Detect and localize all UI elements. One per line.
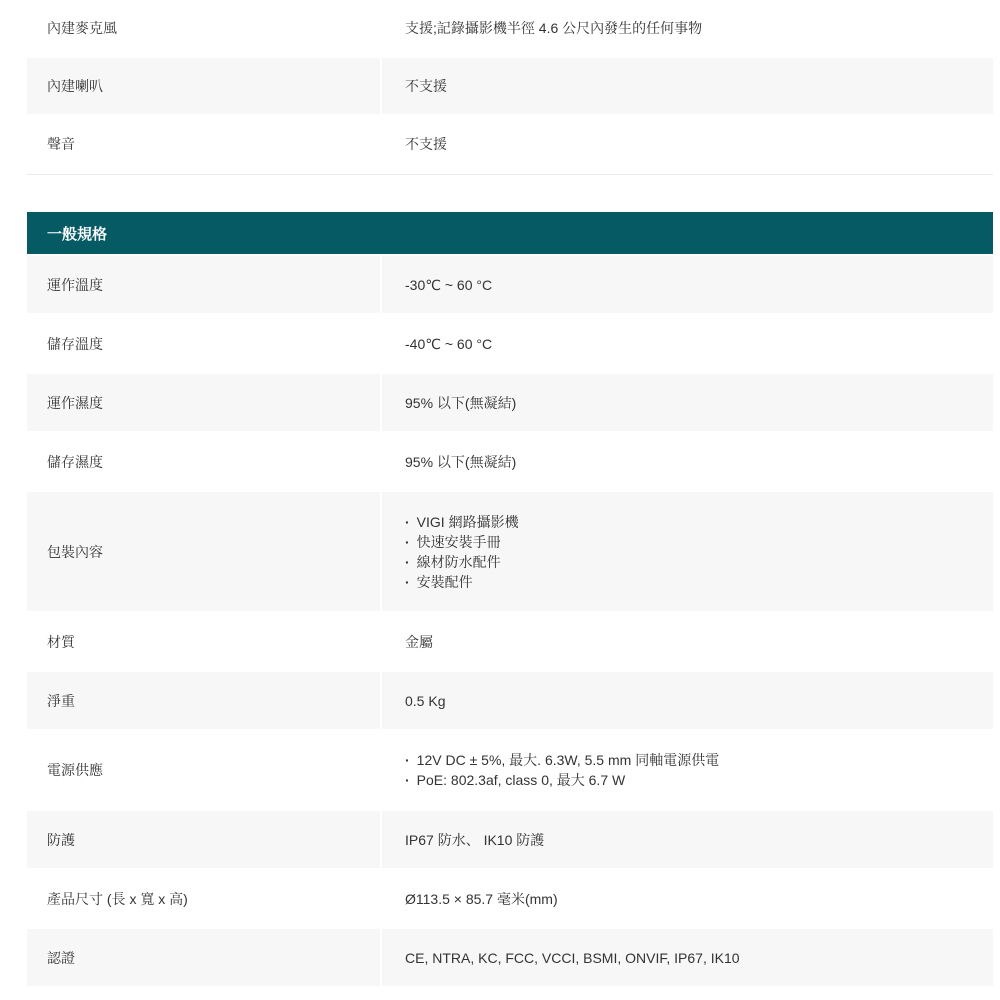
spec-row-storage-humidity: 儲存濕度 95% 以下(無凝結) [27, 433, 993, 490]
spec-row-built-in-speaker: 內建喇叭 不支援 [27, 58, 993, 114]
spec-value: -30℃ ~ 60 °C [382, 256, 993, 313]
spec-value: 95% 以下(無凝結) [382, 374, 993, 431]
spec-value: 0.5 Kg [382, 672, 993, 729]
spec-row-certifications: 認證 CE, NTRA, KC, FCC, VCCI, BSMI, ONVIF,… [27, 929, 993, 986]
spec-row-operating-humidity: 運作濕度 95% 以下(無凝結) [27, 374, 993, 431]
spec-row-storage-temperature: 儲存溫度 -40℃ ~ 60 °C [27, 315, 993, 372]
spec-label: 聲音 [27, 116, 380, 172]
bullet-item: 安裝配件 [405, 572, 977, 592]
spec-label: 內建喇叭 [27, 58, 380, 114]
spec-value: 不支援 [382, 116, 993, 172]
spec-row-power-supply: 電源供應 12V DC ± 5%, 最大. 6.3W, 5.5 mm 同軸電源供… [27, 731, 993, 809]
spec-label: 認證 [27, 929, 380, 986]
spec-value: 金屬 [382, 613, 993, 670]
spec-label: 防護 [27, 811, 380, 868]
spec-row-operating-temperature: 運作溫度 -30℃ ~ 60 °C [27, 256, 993, 313]
spec-value: -40℃ ~ 60 °C [382, 315, 993, 372]
spec-label: 產品尺寸 (長 x 寬 x 高) [27, 870, 380, 927]
section-gap [27, 175, 993, 212]
spec-label: 包裝內容 [27, 492, 380, 611]
spec-value: CE, NTRA, KC, FCC, VCCI, BSMI, ONVIF, IP… [382, 929, 993, 986]
spec-label: 材質 [27, 613, 380, 670]
spec-value: 不支援 [382, 58, 993, 114]
spec-label: 儲存溫度 [27, 315, 380, 372]
spec-label: 內建麥克風 [27, 0, 380, 56]
audio-specs-table: 內建麥克風 支援;記錄攝影機半徑 4.6 公尺內發生的任何事物 內建喇叭 不支援… [27, 0, 993, 175]
spec-label: 運作溫度 [27, 256, 380, 313]
spec-page: 內建麥克風 支援;記錄攝影機半徑 4.6 公尺內發生的任何事物 內建喇叭 不支援… [27, 0, 993, 986]
spec-row-package-contents: 包裝內容 VIGI 網路攝影機 快速安裝手冊 線材防水配件 安裝配件 [27, 492, 993, 611]
bullet-item: 線材防水配件 [405, 552, 977, 572]
spec-label: 儲存濕度 [27, 433, 380, 490]
bullet-item: VIGI 網路攝影機 [405, 512, 977, 532]
bullet-item: 12V DC ± 5%, 最大. 6.3W, 5.5 mm 同軸電源供電 [405, 750, 977, 770]
general-specs-table: 運作溫度 -30℃ ~ 60 °C 儲存溫度 -40℃ ~ 60 °C 運作濕度… [27, 256, 993, 986]
spec-label: 運作濕度 [27, 374, 380, 431]
spec-row-built-in-microphone: 內建麥克風 支援;記錄攝影機半徑 4.6 公尺內發生的任何事物 [27, 0, 993, 56]
spec-value: 支援;記錄攝影機半徑 4.6 公尺內發生的任何事物 [382, 0, 993, 56]
spec-value: 95% 以下(無凝結) [382, 433, 993, 490]
bullet-item: 快速安裝手冊 [405, 532, 977, 552]
spec-value: IP67 防水、 IK10 防護 [382, 811, 993, 868]
spec-row-material: 材質 金屬 [27, 613, 993, 670]
section-header-general-specs: 一般規格 [27, 212, 993, 254]
spec-row-net-weight: 淨重 0.5 Kg [27, 672, 993, 729]
spec-row-product-dimensions: 產品尺寸 (長 x 寬 x 高) Ø113.5 × 85.7 毫米(mm) [27, 870, 993, 927]
spec-value: 12V DC ± 5%, 最大. 6.3W, 5.5 mm 同軸電源供電 PoE… [382, 731, 993, 809]
spec-label: 電源供應 [27, 731, 380, 809]
spec-label: 淨重 [27, 672, 380, 729]
spec-row-protection: 防護 IP67 防水、 IK10 防護 [27, 811, 993, 868]
spec-value: Ø113.5 × 85.7 毫米(mm) [382, 870, 993, 927]
bullet-item: PoE: 802.3af, class 0, 最大 6.7 W [405, 770, 977, 790]
spec-row-audio: 聲音 不支援 [27, 116, 993, 172]
spec-value: VIGI 網路攝影機 快速安裝手冊 線材防水配件 安裝配件 [382, 492, 993, 611]
